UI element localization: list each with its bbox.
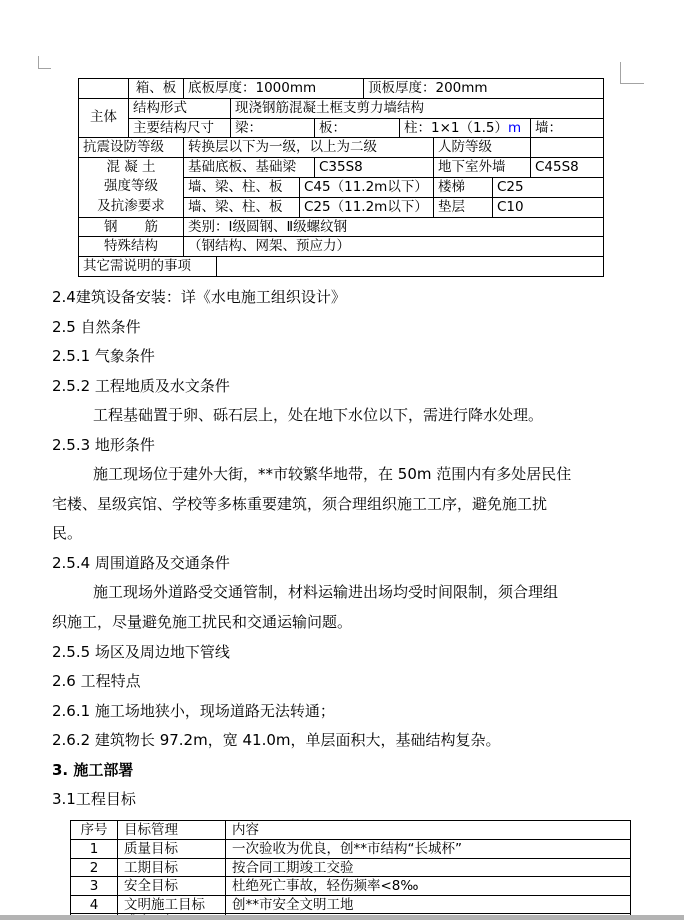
row-content: 按合同工期竣工交验 [226, 859, 631, 878]
row-no: 1 [71, 840, 118, 859]
row-no: 2 [71, 859, 118, 878]
cell-special-structure-value: （钢结构、网架、预应力） [184, 237, 604, 257]
paragraph-traffic-2: 织施工，尽量避免施工扰民和交通运输问题。 [52, 608, 652, 638]
row-no: 4 [71, 896, 118, 915]
cell-basement-wall-grade: C45S8 [531, 158, 604, 178]
paragraph-terrain-1: 施工现场位于建外大街，**市较繁华地带，在 50m 范围内有多处居民住 [52, 460, 652, 490]
cell-structure-form-label: 结构形式 [129, 99, 231, 119]
cell-foundation-slab-beam: 基础底板、基础梁 [184, 158, 315, 178]
cell-main-dimensions-label: 主要结构尺寸 [129, 119, 231, 139]
row-content: 杜绝死亡事故，轻伤频率<8‰ [226, 877, 631, 896]
cell-slab: 板： [315, 119, 400, 139]
cell-empty [79, 79, 129, 99]
cell-foundation-grade: C35S8 [315, 158, 434, 178]
heading-2-5-4: 2.5.4 周围道路及交通条件 [52, 549, 652, 579]
body-text: 2.4建筑设备安装：详《水电施工组织设计》 2.5 自然条件 2.5.1 气象条… [52, 283, 652, 815]
cell-special-structure-label: 特殊结构 [79, 237, 184, 257]
heading-2-4: 2.4建筑设备安装：详《水电施工组织设计》 [52, 283, 652, 313]
cell-seismic-grade-label: 抗震设防等级 [79, 138, 184, 158]
heading-2-6-1: 2.6.1 施工场地狭小，现场道路无法转通； [52, 697, 652, 727]
structure-table: 箱、板 底板厚度：1000mm 顶板厚度：200mm 主体 结构形式 现浇钢筋混… [78, 78, 604, 277]
cell-wall-beam-column-slab-2: 墙、梁、柱、板 [184, 198, 300, 218]
cell-basement-wall-label: 地下室外墙 [434, 158, 531, 178]
cell-top-slab-thickness: 顶板厚度：200mm [364, 79, 604, 99]
document-page: 箱、板 底板厚度：1000mm 顶板厚度：200mm 主体 结构形式 现浇钢筋混… [0, 0, 684, 920]
column-dim-unit: m [508, 120, 521, 136]
row-target: 安全目标 [118, 877, 226, 896]
paragraph-terrain-2: 宅楼、星级宾馆、学校等多栋重要建筑，须合理组织施工工序，避免施工扰 [52, 490, 652, 520]
cell-wall: 墙： [531, 119, 604, 139]
cell-cushion-grade: C10 [493, 198, 604, 218]
cell-rebar-label: 钢 筋 [79, 218, 184, 238]
header-target: 目标管理 [118, 821, 226, 840]
crop-mark-right-icon [620, 62, 644, 84]
cell-c25-grade: C25（11.2m以下） [300, 198, 434, 218]
row-target: 质量目标 [118, 840, 226, 859]
row-target: 工期目标 [118, 859, 226, 878]
cell-concrete-grade-label: 混 凝 土 强度等级 及抗渗要求 [79, 158, 184, 217]
cell-structure-form-value: 现浇钢筋混凝土框支剪力墙结构 [231, 99, 604, 119]
header-no: 序号 [71, 821, 118, 840]
heading-3-1: 3.1工程目标 [52, 785, 652, 815]
paragraph-terrain-3: 民。 [52, 519, 652, 549]
cell-beam: 梁： [231, 119, 315, 139]
cell-bottom-slab-thickness: 底板厚度：1000mm [184, 79, 364, 99]
cell-rebar-type: 类别：Ⅰ级圆钢、Ⅱ级螺纹钢 [184, 218, 604, 238]
cell-seismic-grade-value: 转换层以下为一级，以上为二级 [184, 138, 434, 158]
cell-stair-grade: C25 [493, 178, 604, 198]
heading-2-5: 2.5 自然条件 [52, 313, 652, 343]
cell-civil-defense-label: 人防等级 [434, 138, 531, 158]
row-target: 文明施工目标 [118, 896, 226, 915]
heading-2-5-5: 2.5.5 场区及周边地下管线 [52, 638, 652, 668]
heading-2-5-3: 2.5.3 地形条件 [52, 431, 652, 461]
cell-column: 柱：1×1（1.5）m [400, 119, 531, 139]
cell-main-body: 主体 [79, 99, 129, 139]
cell-other-notes-value [217, 257, 604, 277]
cell-cushion-label: 垫层 [434, 198, 493, 218]
cell-stair-label: 楼梯 [434, 178, 493, 198]
heading-2-5-2: 2.5.2 工程地质及水文条件 [52, 372, 652, 402]
cell-wall-beam-column-slab-1: 墙、梁、柱、板 [184, 178, 300, 198]
column-dim-text: 柱：1×1（1.5） [404, 120, 508, 136]
paragraph-traffic-1: 施工现场外道路受交通管制，材料运输进出场均受时间限制，须合理组 [52, 578, 652, 608]
cell-other-notes-label: 其它需说明的事项 [79, 257, 217, 277]
row-no: 3 [71, 877, 118, 896]
crop-mark-left-icon [38, 56, 51, 69]
heading-2-6: 2.6 工程特点 [52, 667, 652, 697]
heading-2-5-1: 2.5.1 气象条件 [52, 342, 652, 372]
row-content: 一次验收为优良，创**市结构“长城杯” [226, 840, 631, 859]
paragraph-geology: 工程基础置于卵、砾石层上，处在地下水位以下，需进行降水处理。 [52, 401, 652, 431]
row-content: 创**市安全文明工地 [226, 896, 631, 915]
cell-civil-defense-value [531, 138, 604, 158]
heading-2-6-2: 2.6.2 建筑物长 97.2m，宽 41.0m，单层面积大，基础结构复杂。 [52, 726, 652, 756]
header-content: 内容 [226, 821, 631, 840]
goals-table: 序号 目标管理 内容 1 质量目标 一次验收为优良，创**市结构“长城杯” 2 … [70, 820, 631, 914]
window-bottom-band [0, 915, 684, 920]
cell-box-slab: 箱、板 [129, 79, 184, 99]
heading-3: 3. 施工部署 [52, 756, 652, 786]
cell-c45-grade: C45（11.2m以下） [300, 178, 434, 198]
